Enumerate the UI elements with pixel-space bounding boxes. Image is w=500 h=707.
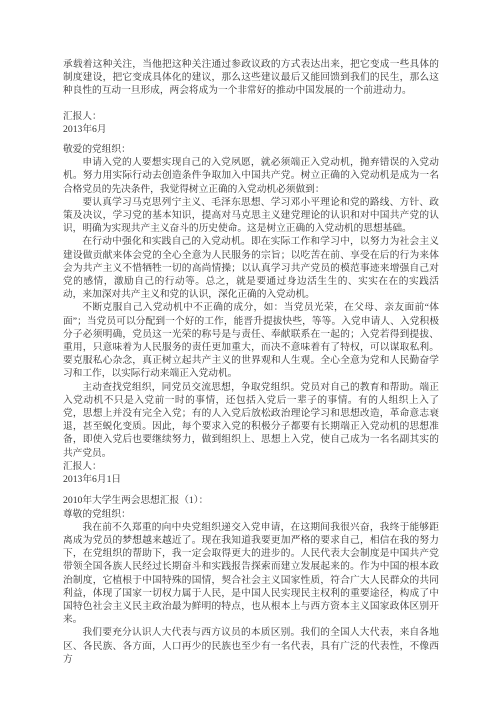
reporter-label-2: 汇报人： xyxy=(63,460,439,473)
body-paragraph-motive-intro: 申请入党的人要想实现自己的入党夙愿，就必须端正入党动机，抛弃错误的入党动机。努力… xyxy=(63,156,439,196)
report-date-1: 2013年6月 xyxy=(63,123,439,136)
report-date-2: 2013年6月1日 xyxy=(63,473,439,486)
body-paragraph-deputies-difference: 我们要充分认识人大代表与西方议员的本质区别。我们的全国人大代表，来自各地区、各民… xyxy=(63,626,439,666)
report-text-block: 承载着这种关注，当他把这种关注通过参政议政的方式表达出来，把它变成一些具体的制度… xyxy=(63,58,439,666)
report-title-2010-lianghui: 2010年大学生两会思想汇报（1）： xyxy=(63,494,439,507)
body-paragraph-practice-motive: 在行动中强化和实践自己的入党动机。即在实际工作和学习中，以努力为社会主义建设做贡… xyxy=(63,235,439,301)
scanned-document-page: 承载着这种关注，当他把这种关注通过参政议政的方式表达出来，把它变成一些具体的制度… xyxy=(0,0,500,707)
body-paragraph-lianghui-conclusion: 承载着这种关注，当他把这种关注通过参政议政的方式表达出来，把它变成一些具体的制度… xyxy=(63,58,439,98)
salutation-dear-party: 敬爱的党组织： xyxy=(63,143,439,156)
body-paragraph-npc-system: 我在前不久郑重的向中央党组织递交入党申请，在这期间我很兴奋，我终于能够距离成为党… xyxy=(63,521,439,627)
body-paragraph-approach-organization: 主动查找党组织，同党员交流思想，争取党组织。党员对自己的教育和帮助。端正入党动机… xyxy=(63,381,439,460)
reporter-label-1: 汇报人： xyxy=(63,110,439,123)
body-paragraph-overcome-incorrect: 不断克服自己入党动机中不正确的成分，如：当党员光荣，在父母、亲友面前“体面”；当… xyxy=(63,301,439,380)
salutation-respected-party: 尊敬的党组织： xyxy=(63,508,439,521)
body-paragraph-study-theory: 要认真学习马克思列宁主义、毛泽东思想、学习邓小平理论和党的路线、方针、政策及决议… xyxy=(63,196,439,236)
